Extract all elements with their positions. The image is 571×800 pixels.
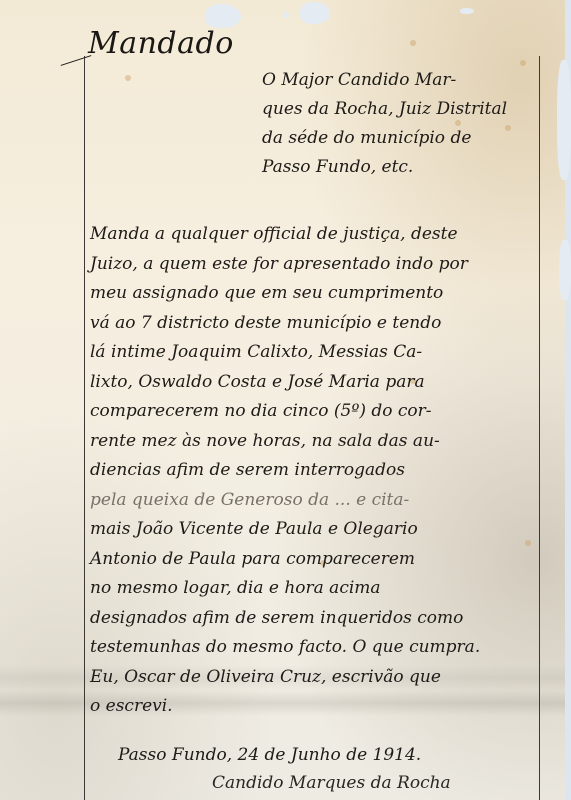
left-margin-line xyxy=(84,56,85,800)
body-line: designados afim de serem inqueridos como xyxy=(90,604,534,634)
paper-damage-hole xyxy=(559,240,571,300)
issuer-heading: O Major Candido Mar- ques da Rocha, Juiz… xyxy=(262,66,532,182)
body-line: no mesmo logar, dia e hora acima xyxy=(90,574,534,604)
document-title: Mandado xyxy=(88,26,234,61)
heading-line: ques da Rocha, Juiz Distrital xyxy=(262,95,532,124)
body-line: Manda a qualquer official de justiça, de… xyxy=(90,220,534,250)
paper-damage-hole xyxy=(205,4,241,28)
foxing-spot xyxy=(410,40,416,46)
body-line: mais João Vicente de Paula e Olegario xyxy=(90,515,534,545)
body-line: o escrevi. xyxy=(90,692,534,722)
body-line: lá intime Joaquim Calixto, Messias Ca- xyxy=(90,338,534,368)
heading-line: Passo Fundo, etc. xyxy=(262,153,532,182)
paper-damage-hole xyxy=(557,60,571,180)
body-line: comparecerem no dia cinco (5º) do cor- xyxy=(90,397,534,427)
foxing-spot xyxy=(125,75,131,81)
document-page: Mandado O Major Candido Mar- ques da Roc… xyxy=(0,0,565,800)
body-line: meu assignado que em seu cumprimento xyxy=(90,279,534,309)
body-line: vá ao 7 districto deste município e tend… xyxy=(90,309,534,339)
right-margin-line xyxy=(539,56,540,800)
paper-damage-hole xyxy=(283,12,289,18)
signature: Candido Marques da Rocha xyxy=(212,773,451,793)
body-line-faded: pela queixa de Generoso da ... e cita- xyxy=(90,486,534,516)
heading-line: da séde do município de xyxy=(262,124,532,153)
body-line: Eu, Oscar de Oliveira Cruz, escrivão que xyxy=(90,663,534,693)
writ-body: Manda a qualquer official de justiça, de… xyxy=(90,220,534,722)
body-line: diencias afim de serem interrogados xyxy=(90,456,534,486)
body-line: lixto, Oswaldo Costa e José Maria para xyxy=(90,368,534,398)
heading-line: O Major Candido Mar- xyxy=(262,66,532,95)
paper-damage-hole xyxy=(300,2,330,24)
body-line: Antonio de Paula para comparecerem xyxy=(90,545,534,575)
paper-damage-hole xyxy=(460,8,474,14)
body-line: testemunhas do mesmo facto. O que cumpra… xyxy=(90,633,534,663)
body-line: Juizo, a quem este for apresentado indo … xyxy=(90,250,534,280)
body-line: rente mez às nove horas, na sala das au- xyxy=(90,427,534,457)
place-date-line: Passo Fundo, 24 de Junho de 1914. xyxy=(118,745,421,765)
